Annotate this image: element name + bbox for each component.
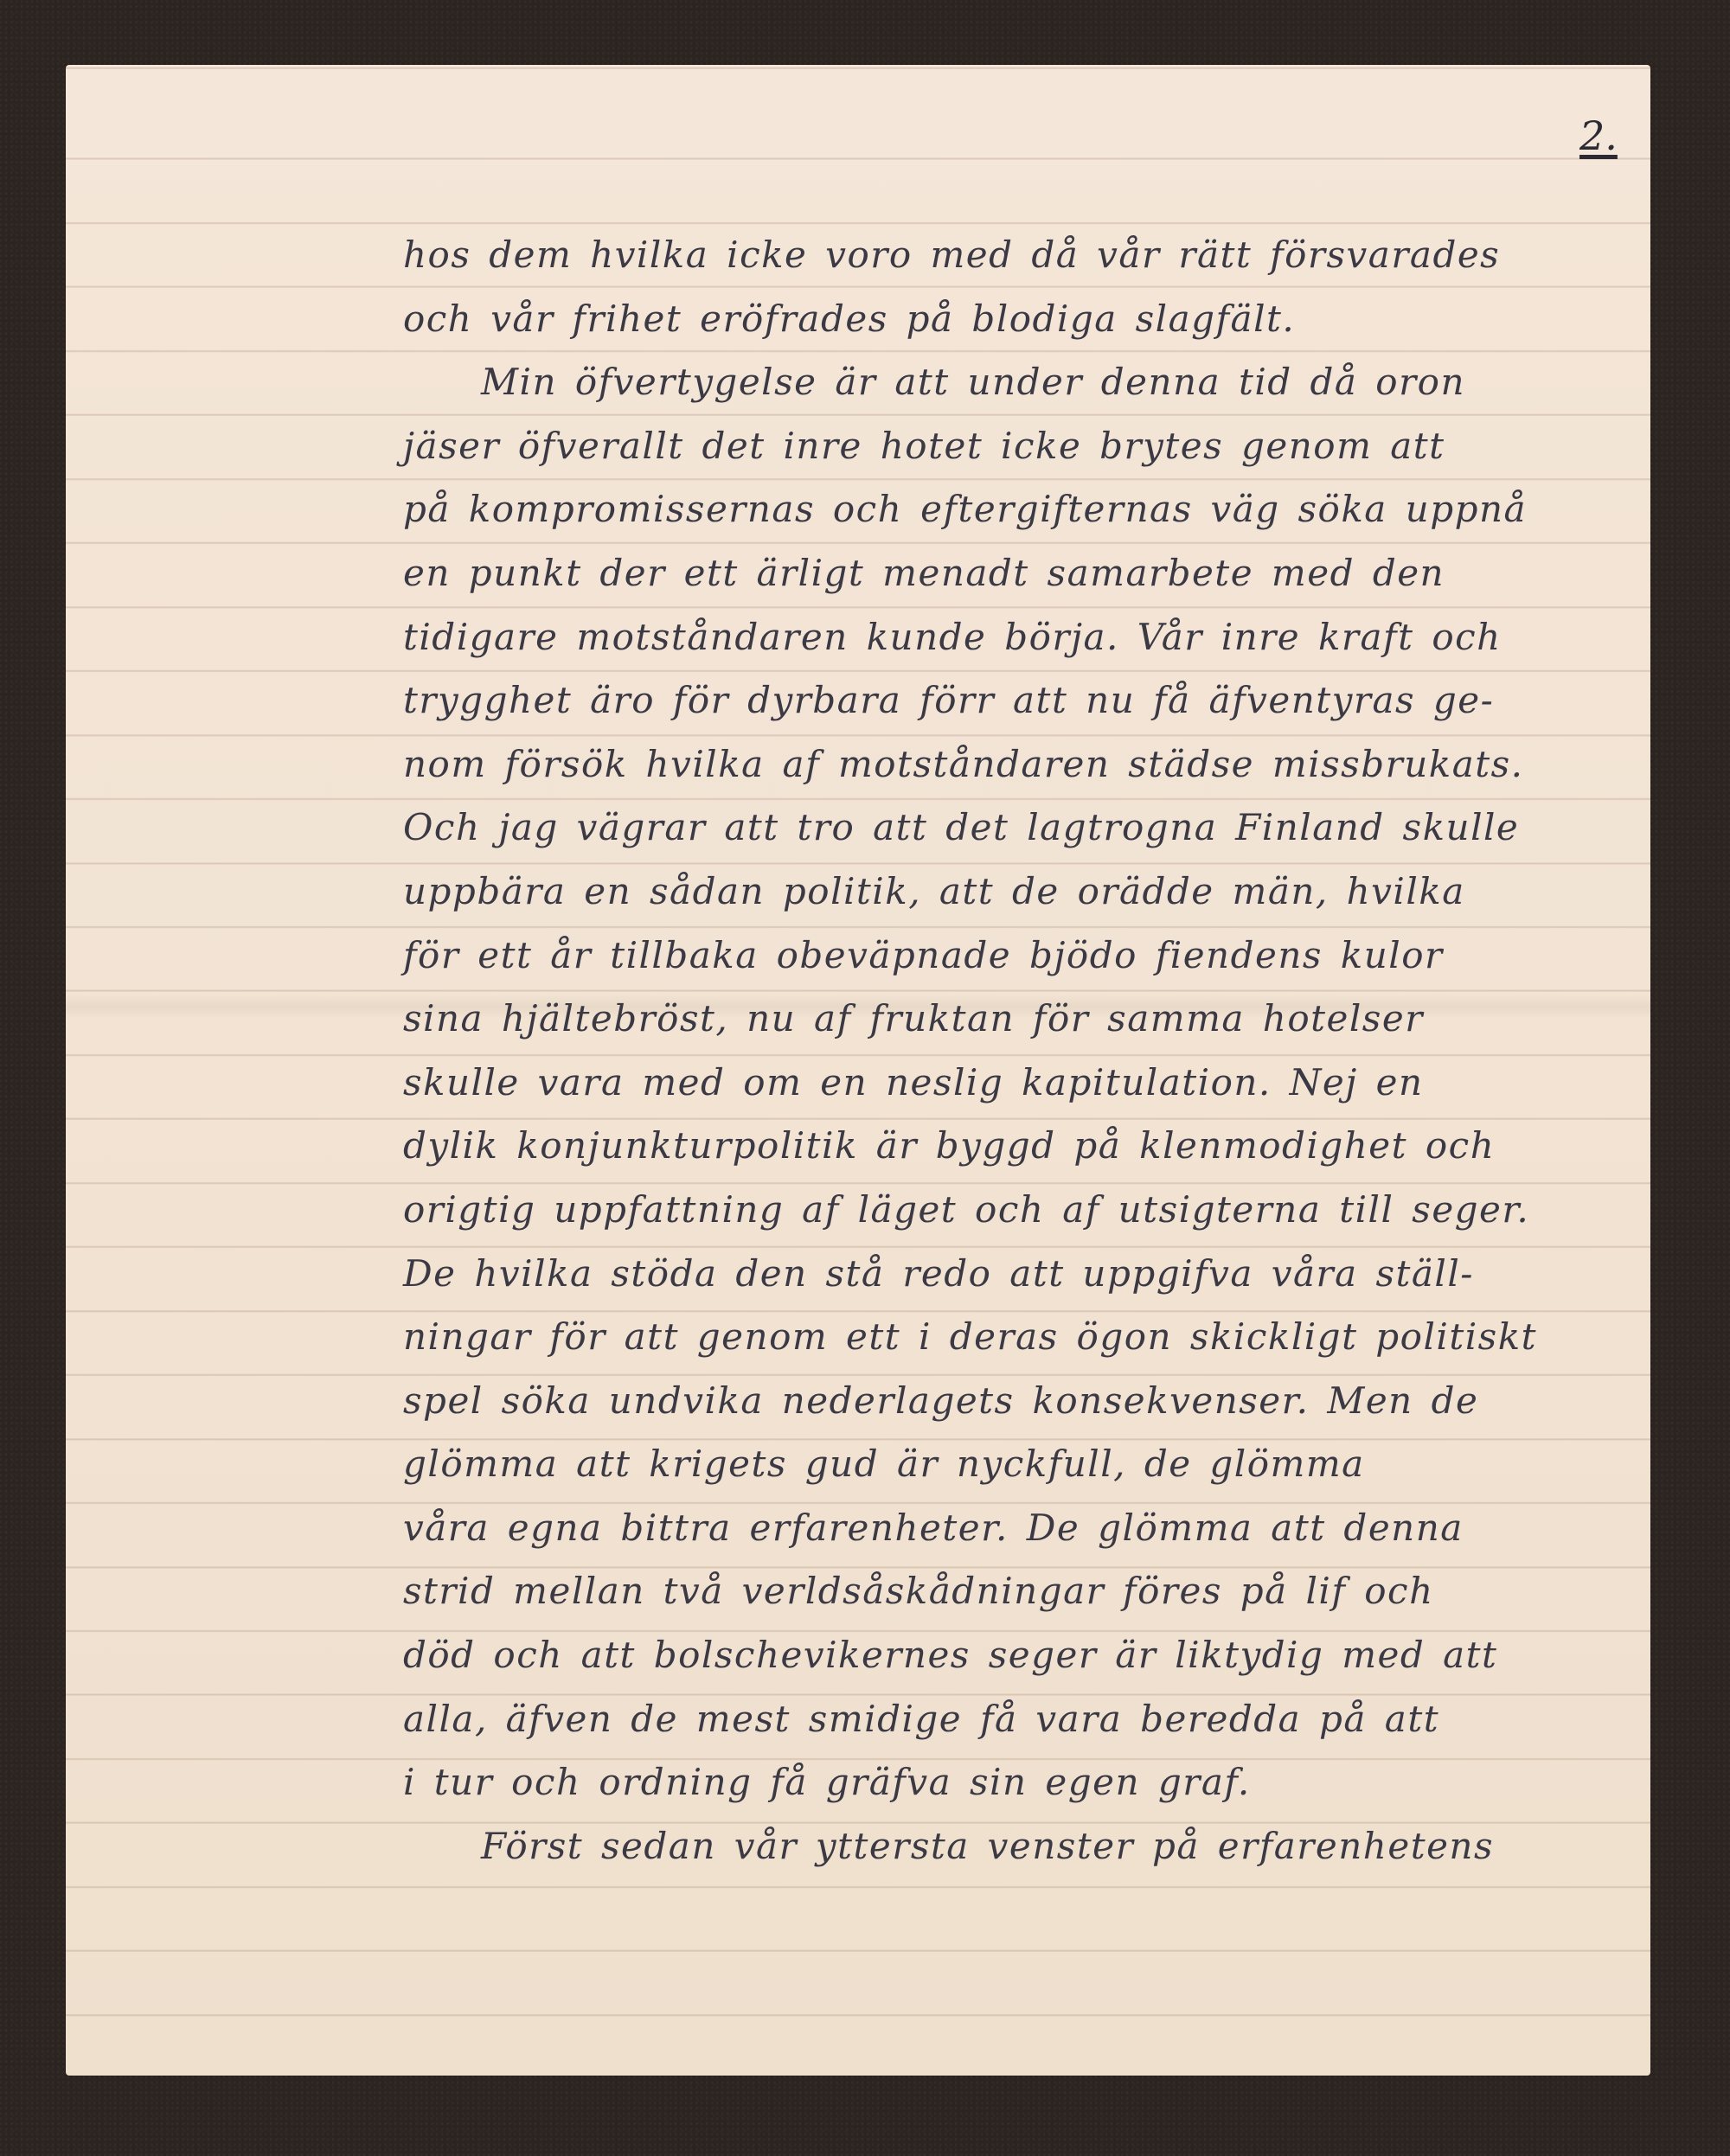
text-line: uppbära en sådan politik, att de orädde … [403, 860, 1649, 924]
text-line: glömma att krigets gud är nyckfull, de g… [403, 1432, 1649, 1496]
text-line-paragraph-start: Min öfvertygelse är att under denna tid … [403, 350, 1649, 414]
text-line: strid mellan två verldsåskådningar föres… [403, 1559, 1649, 1623]
text-line: i tur och ordning få gräfva sin egen gra… [403, 1750, 1649, 1814]
handwritten-text: hos dem hvilka icke voro med då vår rätt… [403, 223, 1649, 1878]
text-line: Och jag vägrar att tro att det lagtrogna… [403, 796, 1649, 860]
text-line: sina hjältebröst, nu af fruktan för samm… [403, 987, 1649, 1051]
text-line: spel söka undvika nederlagets konsekvens… [403, 1369, 1649, 1433]
text-line: en punkt der ett ärligt menadt samarbete… [403, 541, 1649, 605]
text-line: ningar för att genom ett i deras ögon sk… [403, 1305, 1649, 1369]
text-line: våra egna bittra erfarenheter. De glömma… [403, 1496, 1649, 1560]
text-line: origtig uppfattning af läget och af utsi… [403, 1178, 1649, 1242]
text-line: trygghet äro för dyrbara förr att nu få … [403, 669, 1649, 733]
text-line: jäser öfverallt det inre hotet icke bryt… [403, 414, 1649, 478]
text-line: nom försök hvilka af motståndaren städse… [403, 733, 1649, 797]
page-number: 2. [1579, 112, 1618, 159]
text-line-paragraph-start: Först sedan vår yttersta venster på erfa… [403, 1814, 1649, 1878]
text-line: och vår frihet eröfrades på blodiga slag… [403, 287, 1649, 351]
text-line: skulle vara med om en neslig kapitulatio… [403, 1051, 1649, 1115]
text-line: på kompromissernas och eftergifternas vä… [403, 477, 1649, 541]
text-line: dylik konjunkturpolitik är byggd på klen… [403, 1114, 1649, 1178]
text-line: för ett år tillbaka obeväpnade bjödo fie… [403, 924, 1649, 988]
text-line: hos dem hvilka icke voro med då vår rätt… [403, 223, 1649, 287]
text-line: tidigare motståndaren kunde börja. Vår i… [403, 605, 1649, 669]
text-line: död och att bolschevikernes seger är lik… [403, 1623, 1649, 1687]
text-line: De hvilka stöda den stå redo att uppgifv… [403, 1242, 1649, 1306]
text-line: alla, äfven de mest smidige få vara bere… [403, 1687, 1649, 1751]
